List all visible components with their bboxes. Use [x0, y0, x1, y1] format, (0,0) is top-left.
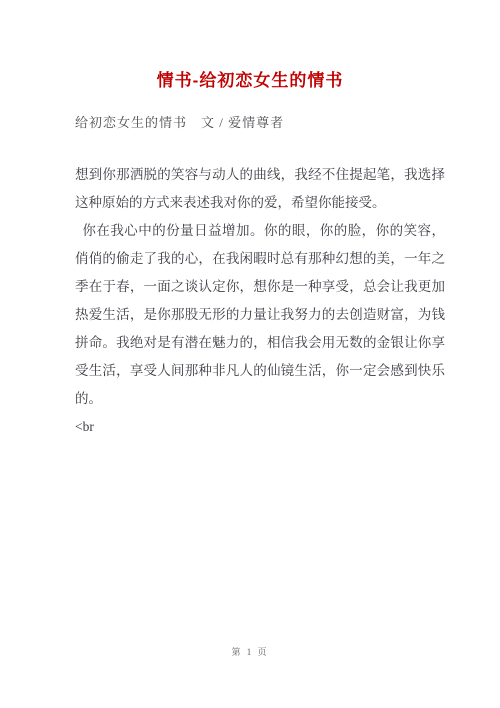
document-body: 想到你那洒脱的笑容与动人的曲线，我经不住提起笔，我选择这种原始的方式来表述我对你… — [75, 161, 445, 441]
page-number: 第 1 页 — [0, 645, 500, 658]
paragraph: 想到你那洒脱的笑容与动人的曲线，我经不住提起笔，我选择这种原始的方式来表述我对你… — [75, 161, 445, 217]
document-byline: 给初恋女生的情书 文 / 爱情尊者 — [75, 115, 500, 131]
document-title: 情书-给初恋女生的情书 — [0, 0, 500, 92]
document-page: 情书-给初恋女生的情书 给初恋女生的情书 文 / 爱情尊者 想到你那洒脱的笑容与… — [0, 0, 500, 708]
paragraph: 你在我心中的份量日益增加。你的眼，你的脸，你的笑容，俏俏的偷走了我的心，在我闲暇… — [75, 217, 445, 413]
paragraph-br-literal: <br — [75, 413, 445, 441]
